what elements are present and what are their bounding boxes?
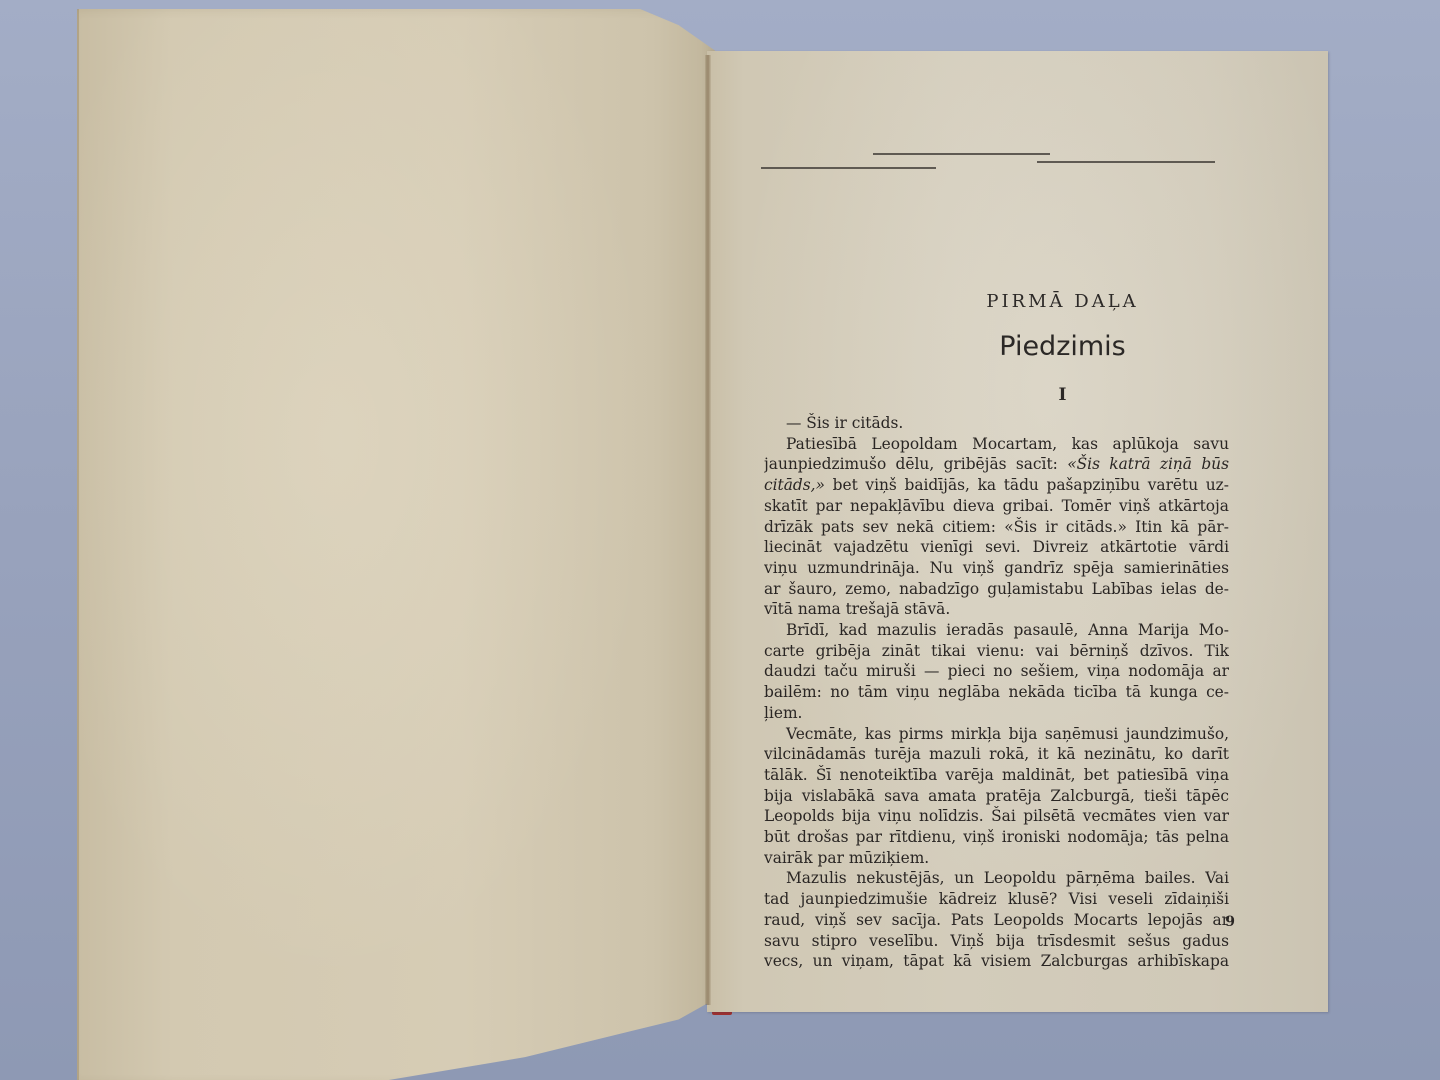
left-page-edge xyxy=(77,9,79,1080)
section-numeral: I xyxy=(707,385,1328,405)
part-label: PIRMĀ DAĻA xyxy=(707,291,1328,312)
text-line: carte gribēja zināt tikai vienu: vai bēr… xyxy=(764,641,1229,662)
text-line: daudzi taču miruši — pieci no sešiem, vi… xyxy=(764,661,1229,682)
text-line: raud, viņš sev sacīja. Pats Leopolds Moc… xyxy=(764,910,1229,931)
header-rule-top-center xyxy=(873,153,1050,155)
text-line: Brīdī, kad mazulis ieradās pasaulē, Anna… xyxy=(764,620,1229,641)
text-line: Patiesībā Leopoldam Mocartam, kas aplūko… xyxy=(764,434,1229,455)
text-line: vairāk par mūziķiem. xyxy=(764,848,1229,869)
text-line: būt drošas par rītdienu, viņš ironiski n… xyxy=(764,827,1229,848)
page-number: 9 xyxy=(1225,914,1235,930)
text-line: skatīt par nepakļāvību dieva gribai. Tom… xyxy=(764,496,1229,517)
header-rule-right xyxy=(1037,161,1215,163)
text-line: Vecmāte, kas pirms mirkļa bija saņēmusi … xyxy=(764,724,1229,745)
text-line: citāds,» bet viņš baidījās, ka tādu paša… xyxy=(764,475,1229,496)
right-page: PIRMĀ DAĻA Piedzimis I — Šis ir citāds.P… xyxy=(707,51,1328,1012)
text-line: tālāk. Šī nenoteiktība varēja maldināt, … xyxy=(764,765,1229,786)
text-line: vītā nama trešajā stāvā. xyxy=(764,599,1229,620)
left-page-blank xyxy=(77,9,717,1080)
text-line: liecināt vajadzētu vienīgi sevi. Divreiz… xyxy=(764,537,1229,558)
text-line: ar šauro, zemo, nabadzīgo guļamistabu La… xyxy=(764,579,1229,600)
book-gutter xyxy=(705,55,711,1005)
open-book-spread: PIRMĀ DAĻA Piedzimis I — Šis ir citāds.P… xyxy=(0,0,1440,1080)
body-text: — Šis ir citāds.Patiesībā Leopoldam Moca… xyxy=(764,413,1229,972)
text-line: jaunpiedzimušo dēlu, gribējās sacīt: «Ši… xyxy=(764,454,1229,475)
text-line: viņu uzmundrināja. Nu viņš gandrīz spēja… xyxy=(764,558,1229,579)
chapter-title: Piedzimis xyxy=(707,331,1328,362)
text-line: Mazulis nekustējās, un Leopoldu pārņēma … xyxy=(764,868,1229,889)
header-rule-left xyxy=(761,167,936,169)
text-line: — Šis ir citāds. xyxy=(764,413,1229,434)
italic-quote: citāds,» xyxy=(764,476,825,494)
text-line: drīzāk pats sev nekā citiem: «Šis ir cit… xyxy=(764,517,1229,538)
text-line: vecs, un viņam, tāpat kā visiem Zalcburg… xyxy=(764,951,1229,972)
text-line: tad jaunpiedzimušie kādreiz klusē? Visi … xyxy=(764,889,1229,910)
text-line: ļiem. xyxy=(764,703,1229,724)
italic-quote: «Šis katrā ziņā būs xyxy=(1067,455,1229,473)
text-line: bailēm: no tām viņu neglāba nekāda ticīb… xyxy=(764,682,1229,703)
text-line: bija vislabākā sava amata pratēja Zalcbu… xyxy=(764,786,1229,807)
text-line: vilcinādamās turēja mazuli rokā, it kā n… xyxy=(764,744,1229,765)
text-line: Leopolds bija viņu nolīdzis. Šai pilsētā… xyxy=(764,806,1229,827)
text-line: savu stipro veselību. Viņš bija trīsdesm… xyxy=(764,931,1229,952)
